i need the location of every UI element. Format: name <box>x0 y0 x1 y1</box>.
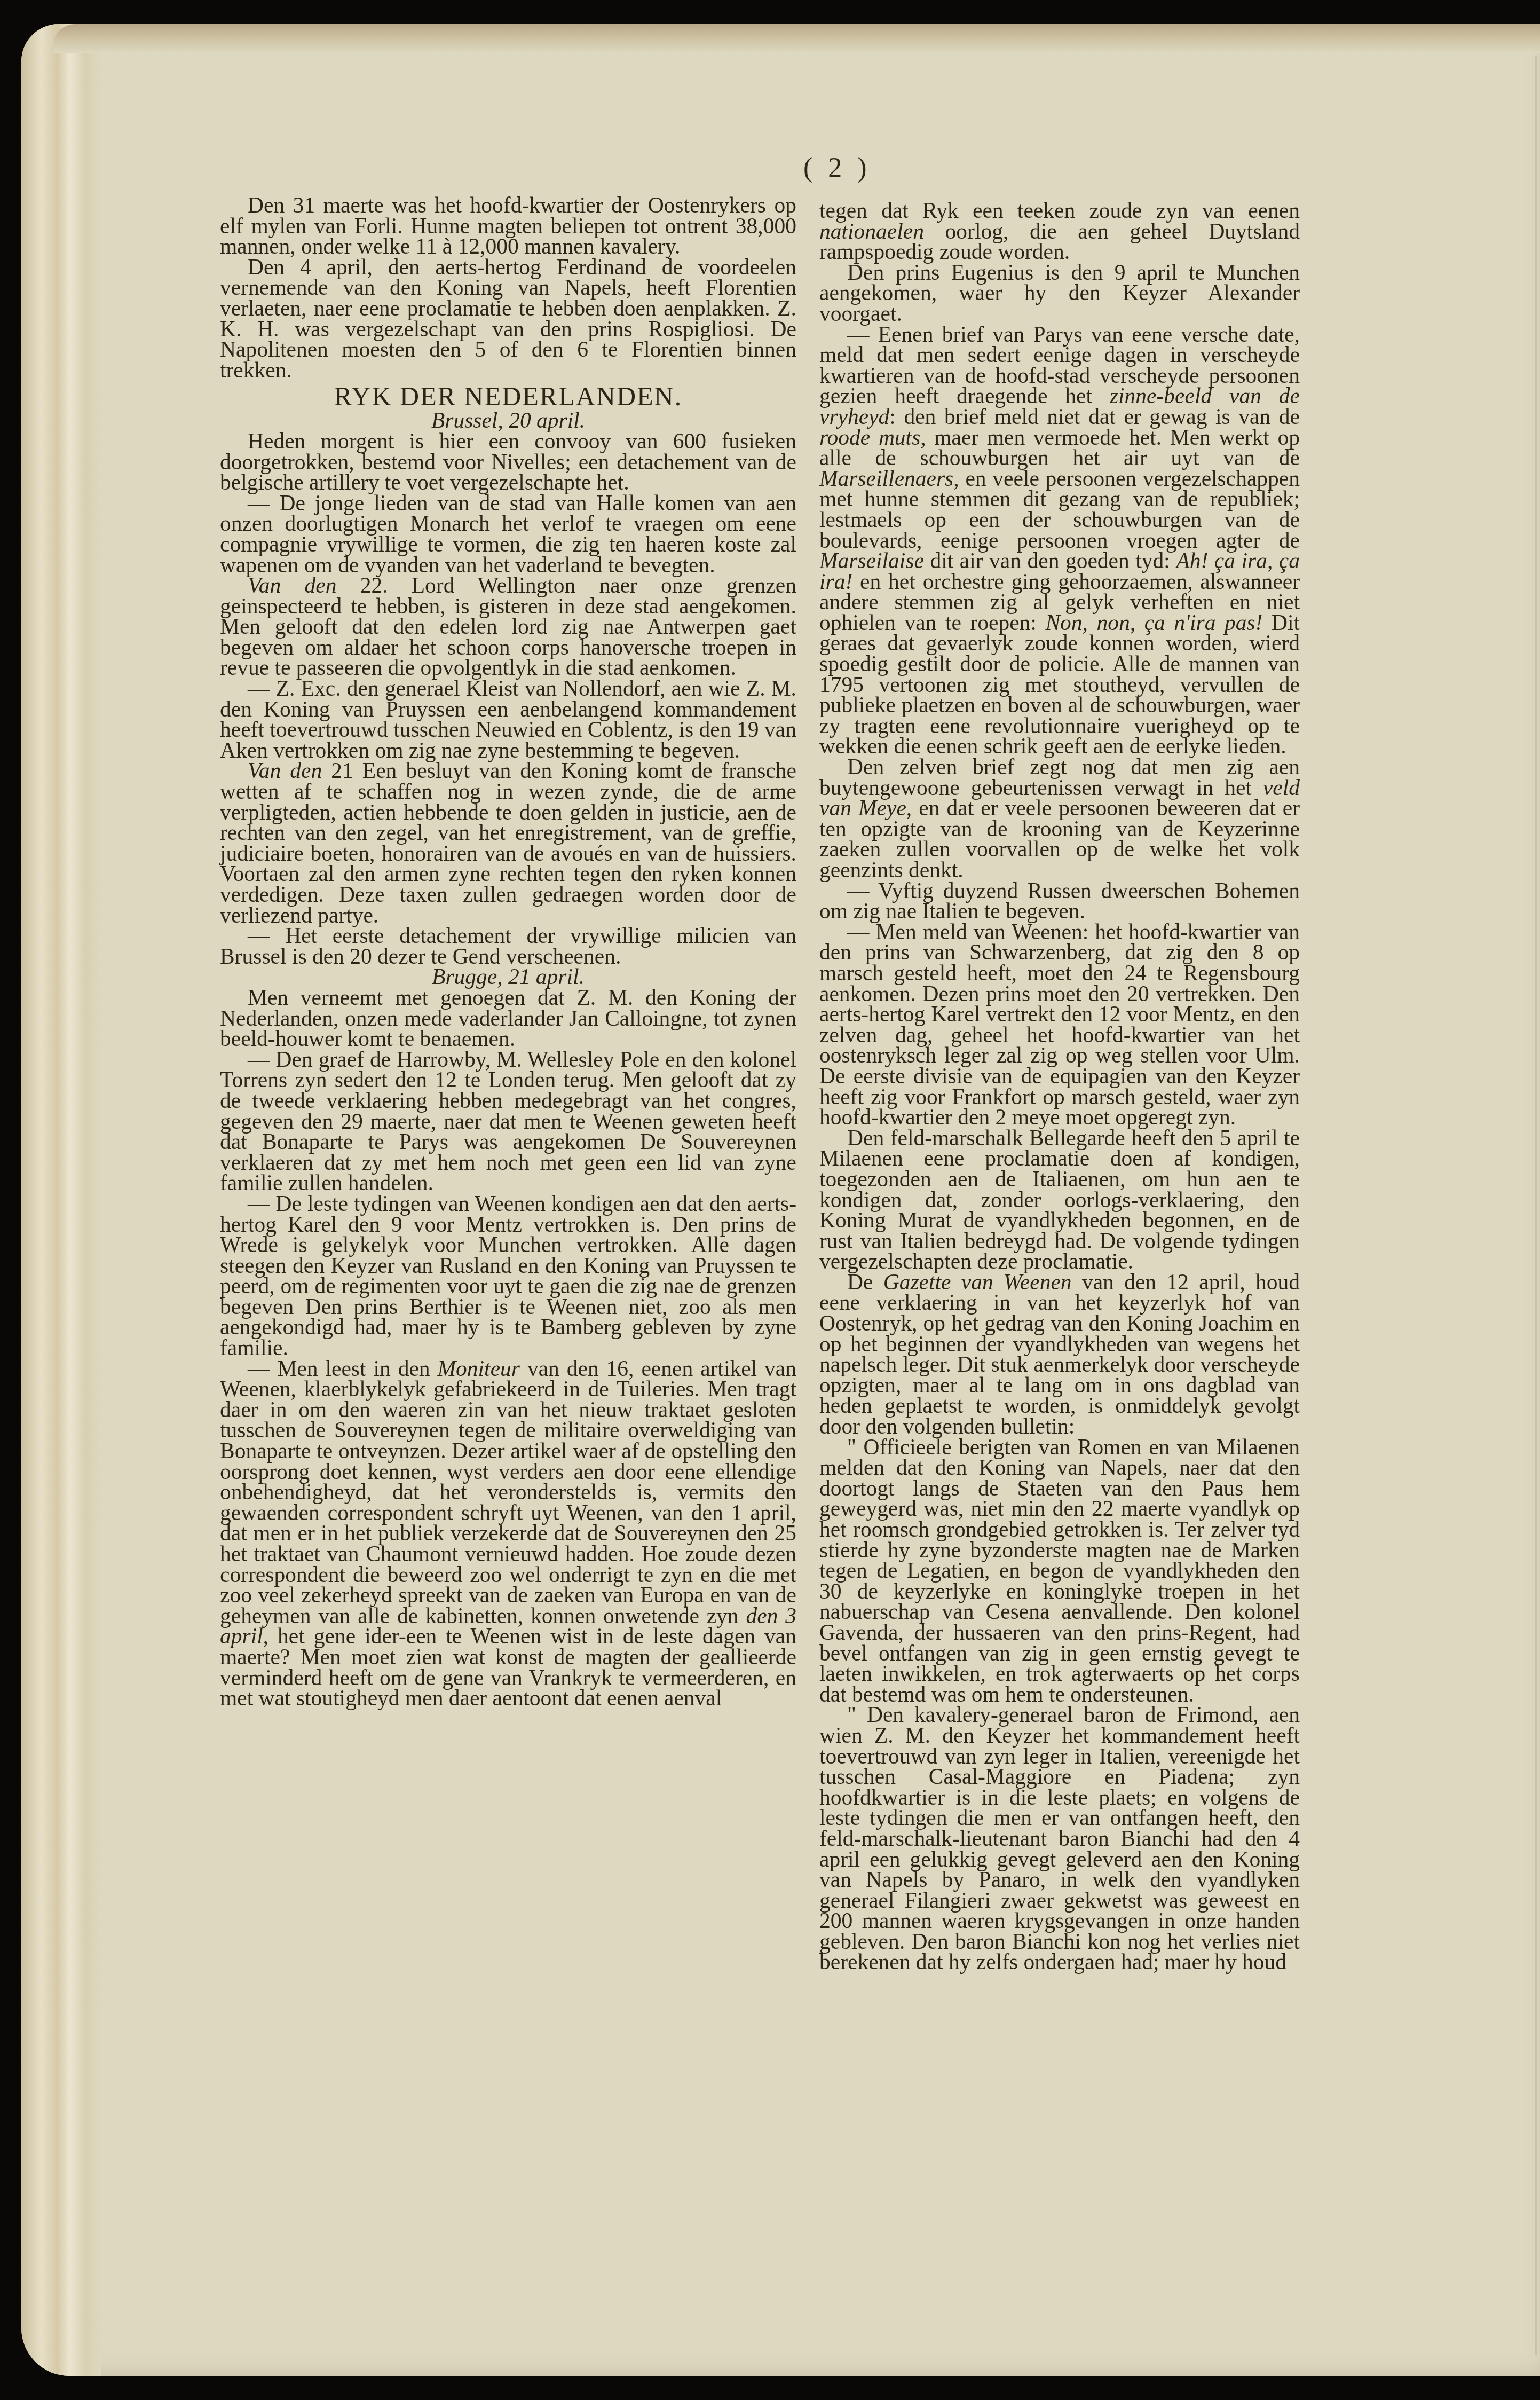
paragraph-text: Dit geraes dat gevaerlyk zoude konnen wo… <box>819 610 1300 759</box>
article-paragraph: — Men leest in den Moniteur van den 16, … <box>220 1358 796 1709</box>
article-paragraph: Den 4 april, den aerts-hertog Ferdinand … <box>220 257 796 381</box>
article-paragraph: " Den kavalery-generael baron de Frimond… <box>819 1704 1300 1972</box>
dateline: Brugge, 21 april. <box>220 966 796 987</box>
dateline: Brussel, 20 april. <box>220 410 796 431</box>
article-paragraph: — De jonge lieden van de stad van Halle … <box>220 493 796 575</box>
article-paragraph: — Het eerste detachement der vrywillige … <box>220 925 796 966</box>
article-paragraph: Den prins Eugenius is den 9 april te Mun… <box>819 262 1300 324</box>
article-paragraph: Den feld-marschalk Bellegarde heeft den … <box>819 1128 1300 1272</box>
article-paragraph: Den 31 maerte was het hoofd-kwartier der… <box>220 195 796 257</box>
article-paragraph: — Men meld van Weenen: het hoofd-kwartie… <box>819 922 1300 1128</box>
page-number: ( 2 ) <box>803 152 871 184</box>
article-paragraph: " Officieele berigten van Romen en van M… <box>819 1437 1300 1705</box>
article-paragraph: — Den graef de Harrowby, M. Wellesley Po… <box>220 1049 796 1193</box>
article-paragraph: De Gazette van Weenen van den 12 april, … <box>819 1272 1300 1437</box>
article-paragraph: Van den 21 Een besluyt van den Koning ko… <box>220 760 796 925</box>
article-paragraph: — Z. Exc. den generael Kleist van Nollen… <box>220 678 796 760</box>
paragraph-text: van den 16, eenen artikel van Weenen, kl… <box>220 1356 796 1628</box>
article-paragraph: Den zelven brief zegt nog dat men zig ae… <box>819 757 1300 880</box>
article-paragraph: Men verneemt met genoegen dat Z. M. den … <box>220 987 796 1049</box>
article-paragraph: Van den 22. Lord Wellington naer onze gr… <box>220 575 796 678</box>
article-paragraph: — Vyftig duyzend Russen dweerschen Bohem… <box>819 880 1300 922</box>
section-heading: RYK DER NEDERLANDEN. <box>220 383 796 409</box>
article-paragraph: — Eenen brief van Parys van eene versche… <box>819 324 1300 757</box>
article-paragraph: tegen dat Ryk een teeken zoude zyn van e… <box>819 200 1300 262</box>
paragraph-text: van den 12 april, houd eene verklaering … <box>819 1270 1300 1438</box>
paragraph-text: 21 Een besluyt van den Koning komt de fr… <box>220 758 796 927</box>
right-column: tegen dat Ryk een teeken zoude zyn van e… <box>819 200 1300 1972</box>
left-column: Den 31 maerte was het hoofd-kwartier der… <box>220 195 796 1709</box>
article-paragraph: Heden morgent is hier een convooy van 60… <box>220 431 796 493</box>
paragraph-text: , het gene ider-een te Weenen wist in de… <box>220 1624 796 1710</box>
article-paragraph: — De leste tydingen van Weenen kondigen … <box>220 1193 796 1358</box>
page-fold-line <box>1535 56 1537 2355</box>
paragraph-text: Den zelven brief zegt nog dat men zig ae… <box>819 754 1300 800</box>
